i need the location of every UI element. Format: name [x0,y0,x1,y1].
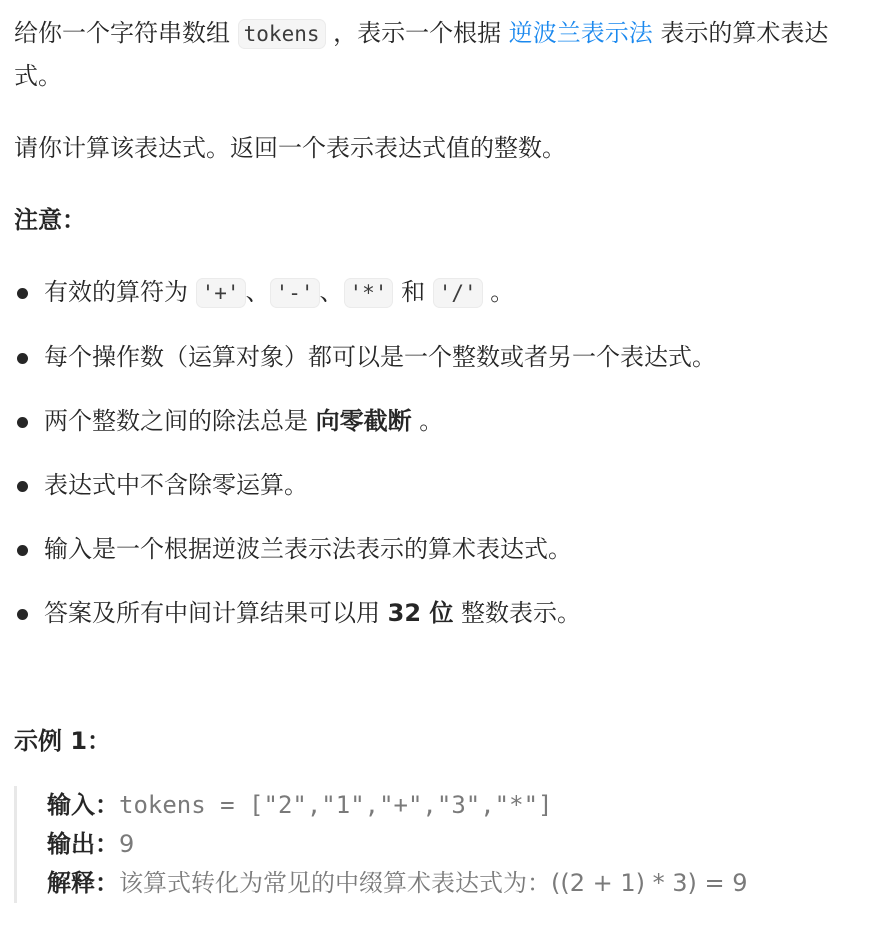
bullet-icon [17,417,28,428]
code-op-mul: '*' [344,278,394,308]
explain-value: 该算式转化为常见的中缀算术表达式为：((2 + 1) * 3) = 9 [119,869,748,897]
bullet-icon [17,545,28,556]
example-explain-line: 解释：该算式转化为常见的中缀算术表达式为：((2 + 1) * 3) = 9 [47,864,872,903]
note-item-division: 两个整数之间的除法总是 向零截断 。 [14,400,872,442]
note-item-operands: 每个操作数（运算对象）都可以是一个整数或者另一个表达式。 [14,336,872,378]
bullet-icon [17,353,28,364]
separator: 、 [320,278,344,306]
code-op-div: '/' [433,278,483,308]
example-1-title: 示例 1： [14,720,872,762]
bullet-icon [17,609,28,620]
note-text: 有效的算符为 [44,278,196,306]
example-1-block: 输入：tokens = ["2","1","+","3","*"] 输出：9 解… [14,786,872,903]
note-text: 。 [483,278,515,306]
instruction-paragraph: 请你计算该表达式。返回一个表示表达式值的整数。 [14,127,872,169]
note-text: 和 [393,278,432,306]
code-tokens: tokens [238,19,326,49]
output-value: 9 [119,830,134,858]
bullet-icon [17,288,28,299]
note-text: 表达式中不含除零运算。 [44,471,308,499]
intro-paragraph: 给你一个字符串数组 tokens ，表示一个根据 逆波兰表示法 表示的算术表达式… [14,12,872,97]
note-text: 输入是一个根据逆波兰表示法表示的算术表达式。 [44,535,572,563]
note-text: 两个整数之间的除法总是 [44,407,316,435]
note-title: 注意： [14,199,872,241]
note-bold-text: 向零截断 [316,407,412,435]
example-output-line: 输出：9 [47,825,872,864]
code-op-minus: '-' [270,278,320,308]
input-label: 输入： [47,791,119,819]
intro-text-1: 给你一个字符串数组 [14,19,238,47]
intro-text-2: ，表示一个根据 [326,19,509,47]
example-input-line: 输入：tokens = ["2","1","+","3","*"] [47,786,872,825]
notes-list: 有效的算符为 '+'、'-'、'*' 和 '/' 。 每个操作数（运算对象）都可… [14,271,872,634]
input-value: tokens = ["2","1","+","3","*"] [119,791,552,819]
problem-description: 给你一个字符串数组 tokens ，表示一个根据 逆波兰表示法 表示的算术表达式… [0,0,886,903]
note-text: 答案及所有中间计算结果可以用 [44,599,388,627]
note-bold-text: 32 位 [388,599,454,627]
separator: 、 [246,278,270,306]
note-item-input-rpn: 输入是一个根据逆波兰表示法表示的算术表达式。 [14,528,872,570]
output-label: 输出： [47,830,119,858]
note-item-32bit: 答案及所有中间计算结果可以用 32 位 整数表示。 [14,592,872,634]
bullet-icon [17,481,28,492]
code-op-plus: '+' [196,278,246,308]
note-item-operators: 有效的算符为 '+'、'-'、'*' 和 '/' 。 [14,271,872,314]
rpn-link[interactable]: 逆波兰表示法 [509,19,653,47]
note-item-no-div-zero: 表达式中不含除零运算。 [14,464,872,506]
explain-label: 解释： [47,869,119,897]
note-text: 整数表示。 [453,599,581,627]
note-text: 每个操作数（运算对象）都可以是一个整数或者另一个表达式。 [44,343,716,371]
note-text: 。 [412,407,444,435]
